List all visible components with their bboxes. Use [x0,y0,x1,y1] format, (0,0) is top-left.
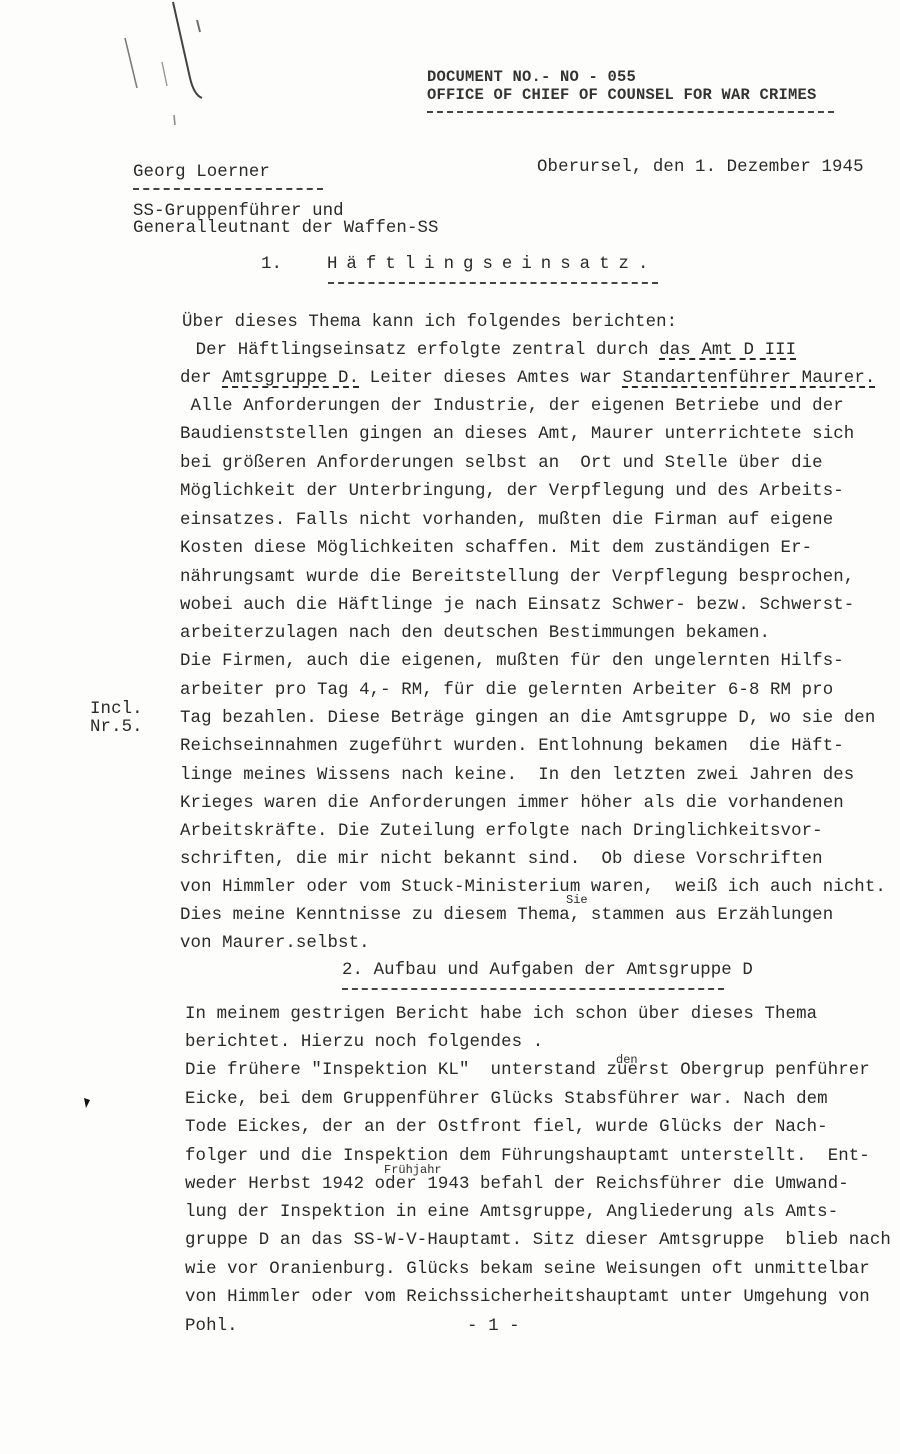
body-line: Der Häftlingseinsatz erfolgte zentral du… [164,341,796,360]
author-underline [133,188,323,190]
place-date: Oberursel, den 1. Dezember 1945 [537,158,864,177]
section2-underline [342,988,724,990]
body-line: folger und die Inspektion dem Führungsha… [185,1147,870,1166]
body-line: Tag bezahlen. Diese Beträge gingen an di… [180,709,875,728]
body-line: Die frühere "Inspektion KL" unterstand z… [185,1061,870,1080]
underlined-amt-d-iii: das Amt D III [659,341,796,360]
document-number: DOCUMENT NO.- NO - 055 [427,68,636,86]
body-line: Die Firmen, auch die eigenen, mußten für… [180,652,844,671]
body-line: berichtet. Hierzu noch folgendes . [185,1033,543,1052]
body-line: Eicke, bei dem Gruppenführer Glücks Stab… [185,1090,828,1109]
body-line: linge meines Wissens nach keine. In den … [180,766,854,785]
body-line: Baudienststellen gingen an dieses Amt, M… [180,425,854,444]
body-line: Dies meine Kenntnisse zu diesem Thema, s… [180,906,833,925]
underlined-standartenfuehrer-maurer: Standartenführer Maurer. [623,369,876,388]
section1-underline [328,282,658,284]
body-line: Über dieses Thema kann ich folgendes ber… [182,313,677,332]
body-line: Pohl. [185,1317,238,1336]
section2-title: 2. Aufbau und Aufgaben der Amtsgruppe D [342,961,753,980]
body-line: Alle Anforderungen der Industrie, der ei… [180,397,844,416]
body-line: weder Herbst 1942 oder 1943 befahl der R… [185,1175,849,1194]
body-line: von Himmler oder vom Reichssicherheitsha… [185,1288,870,1307]
body-line: wobei auch die Häftlinge je nach Einsatz… [180,596,854,615]
insertion-sie: Sie [566,893,588,907]
body-line: von Himmler oder vom Stuck-Ministerium w… [180,878,886,897]
section1-number: 1. [261,255,282,274]
body-line: Arbeitskräfte. Die Zuteilung erfolgte na… [180,822,823,841]
body-line: Tode Eickes, der an der Ostfront fiel, w… [185,1118,828,1137]
body-line: In meinem gestrigen Bericht habe ich sch… [185,1005,817,1024]
body-line: Krieges waren die Anforderungen immer hö… [180,794,844,813]
body-line: arbeiterzulagen nach den deutschen Besti… [180,624,770,643]
page-number: - 1 - [467,1317,520,1336]
body-line: nährungsamt wurde die Bereitstellung der… [180,568,854,587]
section1-title: Häftlingseinsatz. [327,255,657,274]
ink-mark [84,1098,90,1108]
body-line: gruppe D an das SS-W-V-Hauptamt. Sitz di… [185,1231,891,1250]
body-line: Reichseinnahmen zugeführt wurden. Entloh… [180,737,844,756]
author-name: Georg Loerner [133,163,270,182]
body-line: Kosten diese Möglichkeiten schaffen. Mit… [180,539,812,558]
body-line: lung der Inspektion in eine Amtsgruppe, … [185,1203,838,1222]
margin-note-incl: Incl. [90,700,143,719]
office-title: OFFICE OF CHIEF OF COUNSEL FOR WAR CRIME… [427,86,817,104]
body-line: schriften, die mir nicht bekannt sind. O… [180,850,823,869]
body-line: arbeiter pro Tag 4,- RM, für die gelernt… [180,681,833,700]
header-divider [427,111,834,113]
underlined-amtsgruppe-d: Amtsgruppe D. [222,369,359,388]
margin-note-nr: Nr.5. [90,718,143,737]
body-line: bei größeren Anforderungen selbst an Ort… [180,454,823,473]
body-line: Möglichkeit der Unterbringung, der Verpf… [180,482,844,501]
body-line: der Amtsgruppe D. Leiter dieses Amtes wa… [180,369,875,388]
author-rank-line2: Generalleutnant der Waffen-SS [133,219,439,238]
body-line: einsatzes. Falls nicht vorhanden, mußten… [180,511,833,530]
body-line: wie vor Oranienburg. Glücks bekam seine … [185,1260,870,1279]
body-line: von Maurer.selbst. [180,934,370,953]
